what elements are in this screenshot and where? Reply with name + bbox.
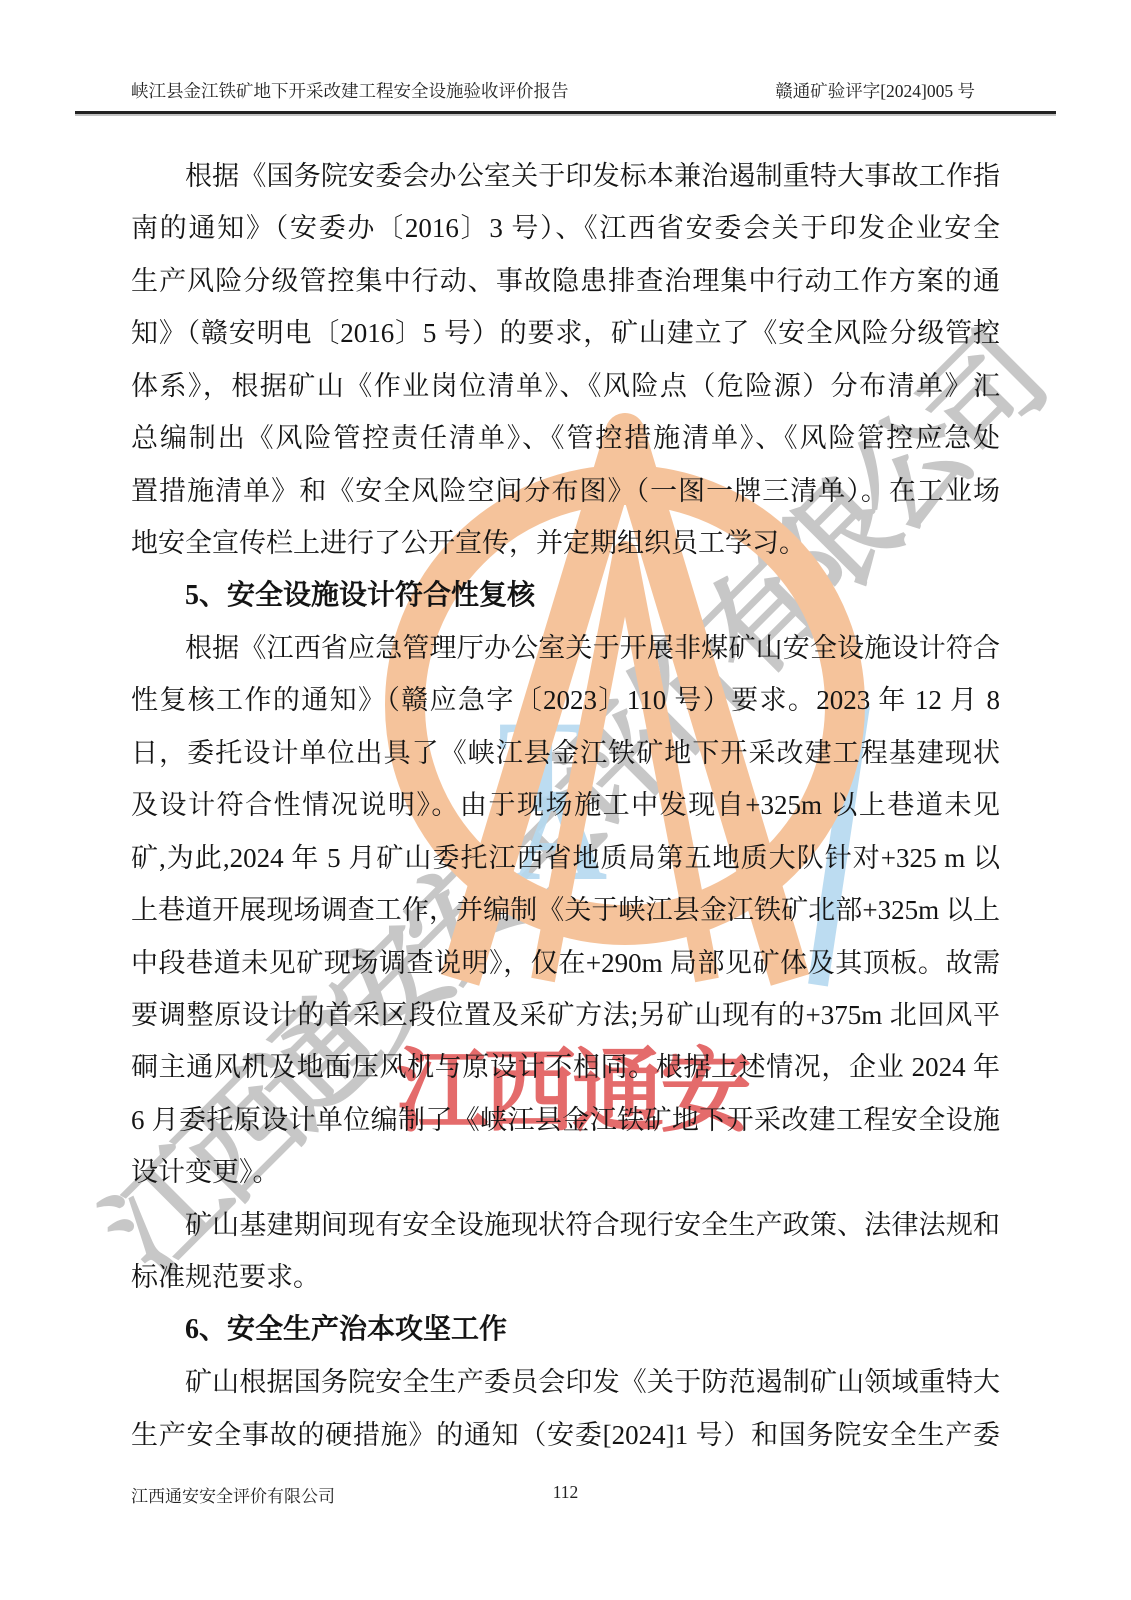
body-line: 设计变更》。	[131, 1146, 1000, 1198]
body-line: 矿,为此,2024 年 5 月矿山委托江西省地质局第五地质大队针对+325 m …	[131, 832, 1000, 884]
body-line: 生产安全事故的硬措施》的通知（安委[2024]1 号）和国务院安全生产委	[131, 1409, 1000, 1461]
header-doc-number: 赣通矿验评字[2024]005 号	[775, 78, 975, 103]
body-line: 标准规范要求。	[131, 1251, 1000, 1303]
header-rule	[75, 111, 1056, 114]
page-content: 峡江县金江铁矿地下开采改建工程安全设施验收评价报告 赣通矿验评字[2024]00…	[0, 0, 1131, 1600]
body-line: 置措施清单》和《安全风险空间分布图》（一图一牌三清单）。在工业场	[131, 465, 1000, 517]
body-line: 生产风险分级管控集中行动、事故隐患排查治理集中行动工作方案的通	[131, 255, 1000, 307]
body-line: 上巷道开展现场调查工作，并编制《关于峡江县金江铁矿北部+325m 以上	[131, 884, 1000, 936]
body-line: 知》（赣安明电〔2016〕5 号）的要求，矿山建立了《安全风险分级管控	[131, 307, 1000, 359]
body-line: 性复核工作的通知》（赣应急字〔2023〕110 号）要求。2023 年 12 月…	[131, 674, 1000, 726]
section-heading: 5、安全设施设计符合性复核	[131, 570, 1000, 622]
body-line: 矿山根据国务院安全生产委员会印发《关于防范遏制矿山领域重特大	[131, 1356, 1000, 1408]
body-line: 南的通知》（安委办〔2016〕3 号）、《江西省安委会关于印发企业安全	[131, 202, 1000, 254]
body-line: 根据《国务院安委会办公室关于印发标本兼治遏制重特大事故工作指	[131, 150, 1000, 202]
body-line: 中段巷道未见矿现场调查说明》，仅在+290m 局部见矿体及其顶板。故需	[131, 937, 1000, 989]
document-page: 江西通安安全评价有限公司 T A 江西通安 峡江县金江铁矿地下开采改建工程安全设…	[0, 0, 1131, 1600]
body-text: 根据《国务院安委会办公室关于印发标本兼治遏制重特大事故工作指南的通知》（安委办〔…	[131, 150, 1000, 1461]
body-line: 矿山基建期间现有安全设施现状符合现行安全生产政策、法律法规和	[131, 1199, 1000, 1251]
body-line: 硐主通风机及地面压风机与原设计不相同。根据上述情况，企业 2024 年	[131, 1041, 1000, 1093]
body-line: 地安全宣传栏上进行了公开宣传，并定期组织员工学习。	[131, 517, 1000, 569]
section-heading: 6、安全生产治本攻坚工作	[131, 1304, 1000, 1356]
body-line: 根据《江西省应急管理厅办公室关于开展非煤矿山安全设施设计符合	[131, 622, 1000, 674]
body-line: 体系》，根据矿山《作业岗位清单》、《风险点（危险源）分布清单》汇	[131, 360, 1000, 412]
body-line: 日，委托设计单位出具了《峡江县金江铁矿地下开采改建工程基建现状	[131, 727, 1000, 779]
body-line: 及设计符合性情况说明》。由于现场施工中发现自+325m 以上巷道未见	[131, 779, 1000, 831]
body-line: 总编制出《风险管控责任清单》、《管控措施清单》、《风险管控应急处	[131, 412, 1000, 464]
body-line: 要调整原设计的首采区段位置及采矿方法;另矿山现有的+375m 北回风平	[131, 989, 1000, 1041]
footer-page-number: 112	[131, 1482, 1000, 1503]
header-report-title: 峡江县金江铁矿地下开采改建工程安全设施验收评价报告	[131, 78, 569, 103]
body-line: 6 月委托原设计单位编制了《峡江县金江铁矿地下开采改建工程安全设施	[131, 1094, 1000, 1146]
